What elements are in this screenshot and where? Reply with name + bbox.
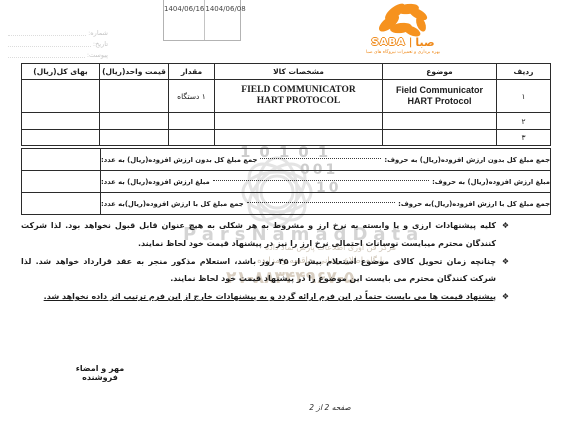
row3-unit-price xyxy=(100,130,169,146)
row3-subject xyxy=(383,130,497,146)
meta-number-label: شماره: xyxy=(88,29,108,37)
col-header-row-no: ردیف xyxy=(497,64,551,80)
diamond-bullet-icon: ❖ xyxy=(502,253,509,271)
date-value-2: 1404/06/08 xyxy=(204,0,245,40)
note-text: کلیه پیشنهادات ارزی و یا وابسته به نرخ ا… xyxy=(21,221,496,248)
scanned-rfq-document: 10101 001 10 ParsNamadData مرکز فن اوری … xyxy=(0,0,576,438)
saba-logo-tagline: بهره برداری و تعمیرات نیروگاه های صبا xyxy=(344,50,462,55)
row1-specs-line2: HART PROTOCOL xyxy=(215,96,382,107)
col-header-total-price: بهای کل(ریال) xyxy=(22,64,100,80)
row1-subject: Field Communicator HART Protocol xyxy=(383,80,497,113)
summary3-digits-label: جمع مبلغ کل با ارزش افزوده(ریال)به عدد: xyxy=(101,200,244,208)
saba-logo-latin: SABA xyxy=(371,37,405,48)
table-row: ۲ xyxy=(22,113,551,130)
row1-number: ۱ xyxy=(497,80,551,113)
saba-logo-farsi: صبا xyxy=(415,36,434,49)
items-table-header-row: ردیف موضوع مشخصات کالا مقدار قیمت واحد(ر… xyxy=(22,64,551,80)
note-delivery-time: ❖ چنانچه زمان تحویل کالای موضوع استعلام … xyxy=(21,253,509,289)
page-number: صفحه 2 از 2 xyxy=(300,403,360,412)
summary-row-total-without-vat: جمع مبلغ کل بدون ارزش افزوده(ریال) به حر… xyxy=(22,149,551,171)
saba-logo: SABA | صبا بهره برداری و تعمیرات نیروگاه… xyxy=(344,2,462,55)
summary1-dotted-line xyxy=(260,158,381,159)
summary2-digits-label: مبلغ ارزش افزوده(ریال) به عدد: xyxy=(101,178,210,186)
row2-number: ۲ xyxy=(497,113,551,130)
row2-specs xyxy=(215,113,383,130)
summary2-words-label: مبلغ ارزش افزوده(ریال) به حروف: xyxy=(432,178,550,186)
meta-date-label: تاریخ: xyxy=(93,40,108,48)
row2-subject xyxy=(383,113,497,130)
meta-number-row: شماره: xyxy=(8,26,108,37)
meta-attachment-row: پیوست: xyxy=(8,48,108,59)
table-row: ۳ xyxy=(22,130,551,146)
row1-subject-line1: Field Communicator xyxy=(383,85,496,96)
note-form-required: ❖ پیشنهاد قیمت ها می بایست حتماً در این … xyxy=(21,288,509,306)
summary1-labels: جمع مبلغ کل بدون ارزش افزوده(ریال) به حر… xyxy=(101,149,551,171)
row2-total-price xyxy=(22,113,100,130)
row3-total-price xyxy=(22,130,100,146)
saba-emblem-icon xyxy=(345,2,461,38)
summary2-labels: مبلغ ارزش افزوده(ریال) به حروف: مبلغ ارز… xyxy=(101,171,551,193)
meta-attachment-line xyxy=(8,57,85,58)
col-header-qty: مقدار xyxy=(169,64,215,80)
col-header-specs: مشخصات کالا xyxy=(215,64,383,80)
meta-number-line xyxy=(8,35,86,36)
saba-logo-divider: | xyxy=(409,37,413,48)
row3-specs xyxy=(215,130,383,146)
note-currency-offers: ❖ کلیه پیشنهادات ارزی و یا وابسته به نرخ… xyxy=(21,217,509,253)
summary3-labels: جمع مبلغ کل با ارزش افزوده(ریال)به حروف:… xyxy=(101,193,551,215)
summary-row-vat-amount: مبلغ ارزش افزوده(ریال) به حروف: مبلغ ارز… xyxy=(22,171,551,193)
row1-unit-price xyxy=(100,80,169,113)
col-header-subject: موضوع xyxy=(383,64,497,80)
summary2-amount-cell xyxy=(22,171,101,193)
diamond-bullet-icon: ❖ xyxy=(502,288,509,306)
summary3-amount-cell xyxy=(22,193,101,215)
meta-attachment-label: پیوست: xyxy=(87,51,108,59)
meta-date-line xyxy=(8,46,91,47)
row1-total-price xyxy=(22,80,100,113)
summary2-dotted-line xyxy=(213,180,429,181)
date-value-1: 1404/06/16 xyxy=(164,0,204,40)
note-text: چنانچه زمان تحویل کالای موضوع استعلام بی… xyxy=(21,257,496,284)
meta-date-row: تاریخ: xyxy=(8,37,108,48)
conditions-notes: ❖ کلیه پیشنهادات ارزی و یا وابسته به نرخ… xyxy=(21,217,509,306)
row2-qty xyxy=(169,113,215,130)
meta-fields: شماره: تاریخ: پیوست: xyxy=(8,26,108,59)
table-row: ۱ Field Communicator HART Protocol FIELD… xyxy=(22,80,551,113)
diamond-bullet-icon: ❖ xyxy=(502,217,509,235)
summary1-amount-cell xyxy=(22,149,101,171)
row1-specs-line1: FIELD COMMUNICATOR xyxy=(215,85,382,96)
row2-unit-price xyxy=(100,113,169,130)
totals-summary-table: جمع مبلغ کل بدون ارزش افزوده(ریال) به حر… xyxy=(21,148,551,215)
seller-signature-label: مهر و امضاء فروشنده xyxy=(58,364,142,382)
summary3-dotted-line xyxy=(247,202,395,203)
summary1-words-label: جمع مبلغ کل بدون ارزش افزوده(ریال) به حر… xyxy=(384,156,550,164)
items-table: ردیف موضوع مشخصات کالا مقدار قیمت واحد(ر… xyxy=(21,63,551,146)
row1-subject-line2: HART Protocol xyxy=(383,96,496,107)
note-text: پیشنهاد قیمت ها می بایست حتماً در این فر… xyxy=(44,292,496,301)
summary-row-total-with-vat: جمع مبلغ کل با ارزش افزوده(ریال)به حروف:… xyxy=(22,193,551,215)
row1-specs: FIELD COMMUNICATOR HART PROTOCOL xyxy=(215,80,383,113)
row3-number: ۳ xyxy=(497,130,551,146)
col-header-unit-price: قیمت واحد(ریال) xyxy=(100,64,169,80)
summary3-words-label: جمع مبلغ کل با ارزش افزوده(ریال)به حروف: xyxy=(398,200,550,208)
row1-qty: ۱ دستگاه xyxy=(169,80,215,113)
summary1-digits-label: جمع مبلغ کل بدون ارزش افزوده(ریال) به عد… xyxy=(101,156,257,164)
saba-logo-text: SABA | صبا xyxy=(344,36,462,49)
row3-qty xyxy=(169,130,215,146)
date-box: 1404/06/16 1404/06/08 xyxy=(163,0,241,41)
